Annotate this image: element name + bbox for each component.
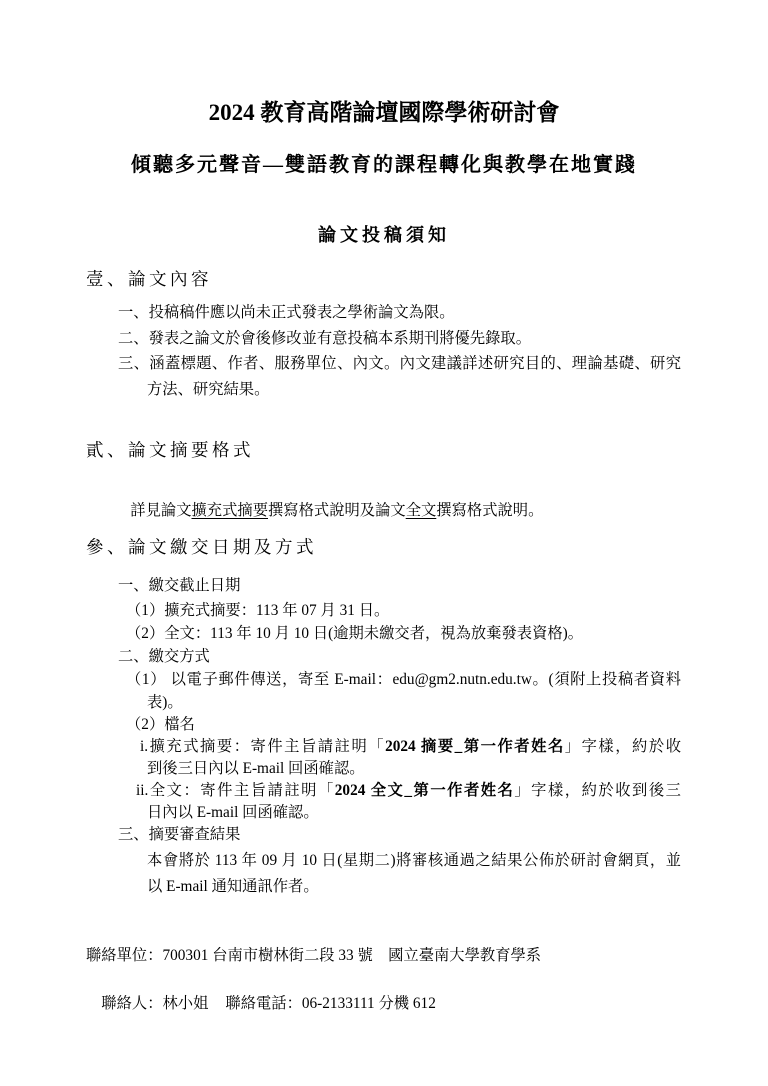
section2-body-underlined-abstract: 擴充式摘要 [192, 502, 269, 519]
notice-title: 論文投稿須知 [0, 222, 768, 248]
review-line2: 以 E-mail 通知通訊作者。 [147, 876, 319, 898]
contact-person-line: 聯絡人：林小姐聯絡電話：06-2133111 分機 612 [86, 971, 436, 1037]
contact-phone: 聯絡電話：06-2133111 分機 612 [225, 995, 435, 1012]
section1-item1: 一、投稿稿件應以尚未正式發表之學術論文為限。 [118, 302, 455, 324]
filename-abstract-post: 」字樣，約於收 [565, 738, 681, 755]
section2-body-underlined-fulltext: 全文 [406, 502, 437, 519]
filename-fulltext-subject: 2024 全文_第一作者姓名 [335, 782, 515, 799]
section2-heading: 貳、論文摘要格式 [86, 438, 254, 462]
method-email-line2: 表)。 [147, 692, 183, 714]
filename-abstract-line2: 到後三日內以 E-mail 回函確認。 [147, 758, 365, 780]
section2-body-pre: 詳見論文 [130, 502, 191, 519]
section3-heading: 參、論文繳交日期及方式 [86, 535, 317, 559]
section1-item3-line1: 三、涵蓋標題、作者、服務單位、內文。內文建議詳述研究目的、理論基礎、研究 [118, 353, 681, 375]
page-subtitle: 傾聽多元聲音—雙語教育的課程轉化與教學在地實踐 [0, 151, 768, 179]
review-heading: 三、摘要審查結果 [118, 824, 240, 846]
filename-abstract-subject: 2024 摘要_第一作者姓名 [385, 738, 565, 755]
document-page: 2024 教育高階論壇國際學術研討會 傾聽多元聲音—雙語教育的課程轉化與教學在地… [0, 0, 768, 1086]
method-filename-heading: （2）檔名 [126, 714, 195, 736]
contact-person: 聯絡人：林小姐 [101, 995, 208, 1012]
filename-abstract-line1: i.擴充式摘要：寄件主旨請註明「2024 摘要_第一作者姓名」字樣，約於收 [140, 736, 681, 758]
method-email-line1: （1） 以電子郵件傳送，寄至 E-mail：edu@gm2.nutn.edu.t… [126, 669, 681, 691]
filename-fulltext-pre: ii.全文：寄件主旨請註明「 [136, 782, 335, 799]
contact-unit: 聯絡單位：700301 台南市樹林街二段 33 號 國立臺南大學教育學系 [86, 945, 541, 967]
filename-abstract-pre: i.擴充式摘要：寄件主旨請註明「 [140, 738, 385, 755]
deadline-item-fulltext: （2）全文：113 年 10 月 10 日(逾期未繳交者，視為放棄發表資格)。 [126, 623, 583, 645]
deadline-item-abstract: （1）擴充式摘要：113 年 07 月 31 日。 [126, 600, 389, 622]
method-heading: 二、繳交方式 [118, 646, 210, 668]
page-title: 2024 教育高階論壇國際學術研討會 [0, 97, 768, 129]
section1-item2: 二、發表之論文於會後修改並有意投稿本系期刊將優先錄取。 [118, 328, 531, 350]
filename-fulltext-line2: 日內以 E-mail 回函確認。 [147, 802, 319, 824]
section1-item3-line2: 方法、研究結果。 [147, 379, 269, 401]
filename-fulltext-line1: ii.全文：寄件主旨請註明「2024 全文_第一作者姓名」字樣，約於收到後三 [136, 780, 681, 802]
deadline-heading: 一、繳交截止日期 [118, 575, 240, 597]
review-line1: 本會將於 113 年 09 月 10 日(星期二)將審核通過之結果公佈於研討會網… [147, 850, 681, 872]
section2-body-mid: 撰寫格式說明及論文 [268, 502, 406, 519]
section2-body-post: 撰寫格式說明。 [436, 502, 543, 519]
filename-fulltext-post: 」字樣，約於收到後三 [514, 782, 681, 799]
section1-heading: 壹、論文內容 [86, 267, 212, 291]
